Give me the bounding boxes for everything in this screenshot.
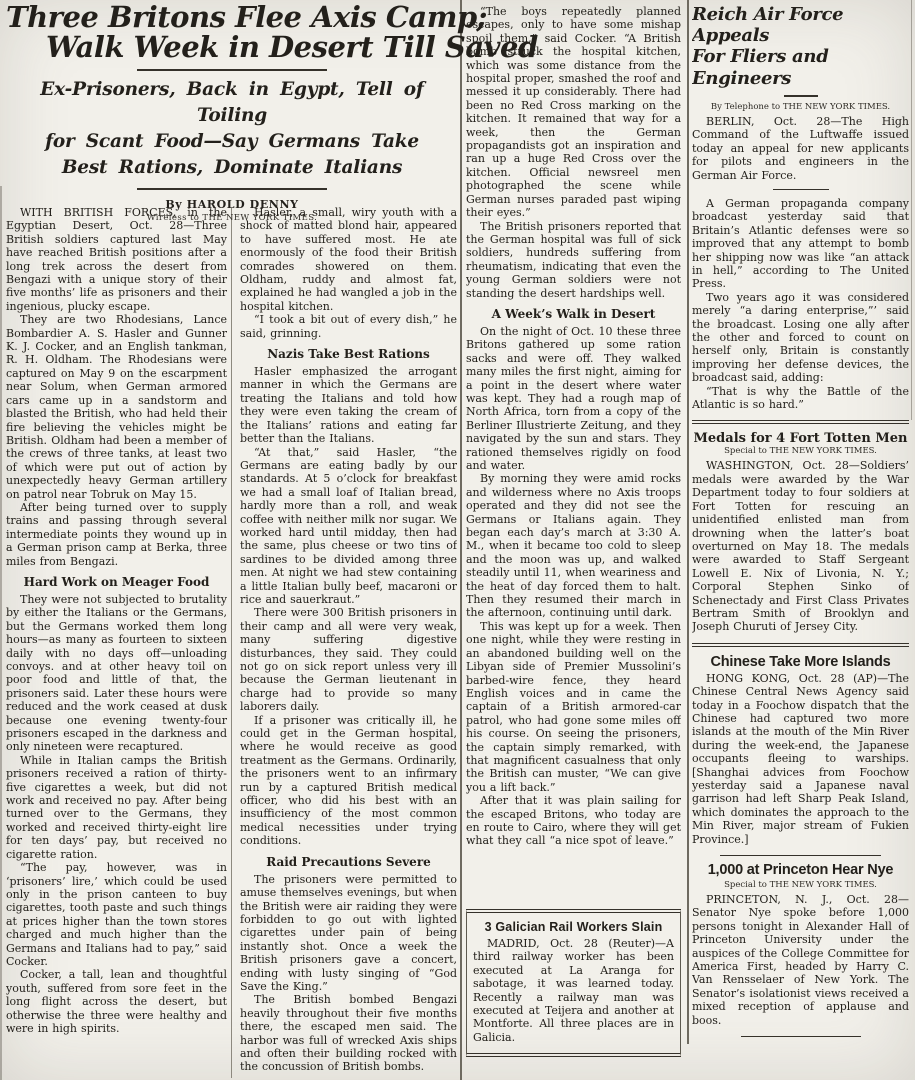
subhead-line1: Ex-Prisoners, Back in Egypt, Tell of Toi… <box>6 77 458 129</box>
wire-credit: Special to THE NEW YORK TIMES. <box>692 446 909 456</box>
paragraph: They were not subjected to brutality by … <box>6 593 227 754</box>
paragraph: PRINCETON, N. J., Oct. 28—Senator Nye sp… <box>692 893 909 1027</box>
headline-rule <box>784 95 818 97</box>
article-headline-line1: Reich Air Force Appeals <box>692 4 909 46</box>
article-column-3: “The boys repeatedly planned escapes, on… <box>466 5 681 1078</box>
paragraph: Cocker, a tall, lean and thoughtful yout… <box>6 968 227 1035</box>
paragraph: On the night of Oct. 10 these three Brit… <box>466 325 681 472</box>
article-separator <box>720 855 881 856</box>
paragraph: If a prisoner was critically ill, he cou… <box>240 714 457 848</box>
wire-credit: By Telephone to THE NEW YORK TIMES. <box>692 102 909 112</box>
main-headline-line1: Three Britons Flee Axis Camp; <box>6 2 458 32</box>
main-headline-line2: Walk Week in Desert Till Saved <box>6 32 458 62</box>
article-headline: Medals for 4 Fort Totten Men <box>692 431 909 446</box>
column-divider <box>460 0 462 1080</box>
paragraph: There were 300 British prisoners in thei… <box>240 606 457 713</box>
paragraph: The British bombed Bengazi heavily throu… <box>240 993 457 1073</box>
crosshead: A Week’s Walk in Desert <box>466 307 681 321</box>
subhead-line3: Best Rations, Dominate Italians <box>6 155 458 181</box>
page-edge-mark-right <box>911 0 912 420</box>
paragraph: Two years ago it was considered merely “… <box>692 291 909 385</box>
column-3-text: “The boys repeatedly planned escapes, on… <box>466 5 681 901</box>
article-column-2: Hasler, a small, wiry youth with a shock… <box>240 206 457 1078</box>
crosshead: Raid Precautions Severe <box>240 855 457 869</box>
article-princeton: 1,000 at Princeton Hear Nye Special to T… <box>692 862 909 1027</box>
main-article-header: Three Britons Flee Axis Camp; Walk Week … <box>6 2 458 223</box>
paragraph: By morning they were amid rocks and wild… <box>466 472 681 619</box>
paragraph: “The pay, however, was in ‘prisoners’ li… <box>6 861 227 968</box>
paragraph: Hasler emphasized the arrogant manner in… <box>240 365 457 445</box>
article-headline: Chinese Take More Islands <box>692 654 909 670</box>
paragraph: The prisoners were permitted to amuse th… <box>240 873 457 994</box>
paragraph: A German propaganda company broadcast ye… <box>692 197 909 291</box>
paragraph: The British prisoners reported that the … <box>466 220 681 300</box>
article-headline: 1,000 at Princeton Hear Nye <box>692 862 909 878</box>
paragraph: After that it was plain sailing for the … <box>466 794 681 848</box>
paragraph: This was kept up for a week. Then one ni… <box>466 620 681 794</box>
paragraph: WITH BRITISH FORCES, in the Egyptian Des… <box>6 206 227 313</box>
paragraph: While in Italian camps the British priso… <box>6 754 227 861</box>
article-headline-line2: For Fliers and Engineers <box>692 46 909 88</box>
subhead-rule <box>137 188 327 190</box>
wire-credit: Special to THE NEW YORK TIMES. <box>692 880 909 890</box>
end-rule <box>741 1036 861 1037</box>
paragraph: MADRID, Oct. 28 (Reuter)—A third railway… <box>473 937 674 1044</box>
brief-headline: 3 Galician Rail Workers Slain <box>473 920 674 934</box>
paragraph: “The boys repeatedly planned escapes, on… <box>466 5 681 220</box>
page-edge-mark-left <box>0 186 2 1080</box>
article-reich: Reich Air Force Appeals For Fliers and E… <box>692 4 909 411</box>
subhead-line2: for Scant Food—Say Germans Take <box>6 129 458 155</box>
paragraph: “That is why the Battle of the Atlantic … <box>692 385 909 412</box>
crosshead: Hard Work on Meager Food <box>6 575 227 589</box>
paragraph: BERLIN, Oct. 28—The High Command of the … <box>692 115 909 182</box>
article-separator <box>692 420 909 424</box>
paragraph: “At that,” said Hasler, “the Germans are… <box>240 446 457 607</box>
section-rule <box>773 189 829 190</box>
article-separator <box>692 643 909 647</box>
paragraph: WASHINGTON, Oct. 28—Soldiers’ medals wer… <box>692 459 909 633</box>
right-column: Reich Air Force Appeals For Fliers and E… <box>692 4 909 1078</box>
crosshead: Nazis Take Best Rations <box>240 347 457 361</box>
paragraph: HONG KONG, Oct. 28 (AP)—The Chinese Cent… <box>692 672 909 846</box>
article-chinese: Chinese Take More Islands HONG KONG, Oct… <box>692 654 909 846</box>
paragraph: After being turned over to supply trains… <box>6 501 227 568</box>
article-column-1: WITH BRITISH FORCES, in the Egyptian Des… <box>6 206 227 1078</box>
boxed-brief-galician: 3 Galician Rail Workers Slain MADRID, Oc… <box>466 909 681 1057</box>
newspaper-page: Three Britons Flee Axis Camp; Walk Week … <box>0 0 915 1080</box>
column-divider <box>231 208 232 1078</box>
article-medals: Medals for 4 Fort Totten Men Special to … <box>692 431 909 633</box>
paragraph: They are two Rhodesians, Lance Bombardie… <box>6 313 227 501</box>
headline-rule <box>137 69 327 71</box>
column-divider <box>687 0 689 1044</box>
paragraph: “I took a bit out of every dish,” he sai… <box>240 313 457 340</box>
paragraph: Hasler, a small, wiry youth with a shock… <box>240 206 457 313</box>
